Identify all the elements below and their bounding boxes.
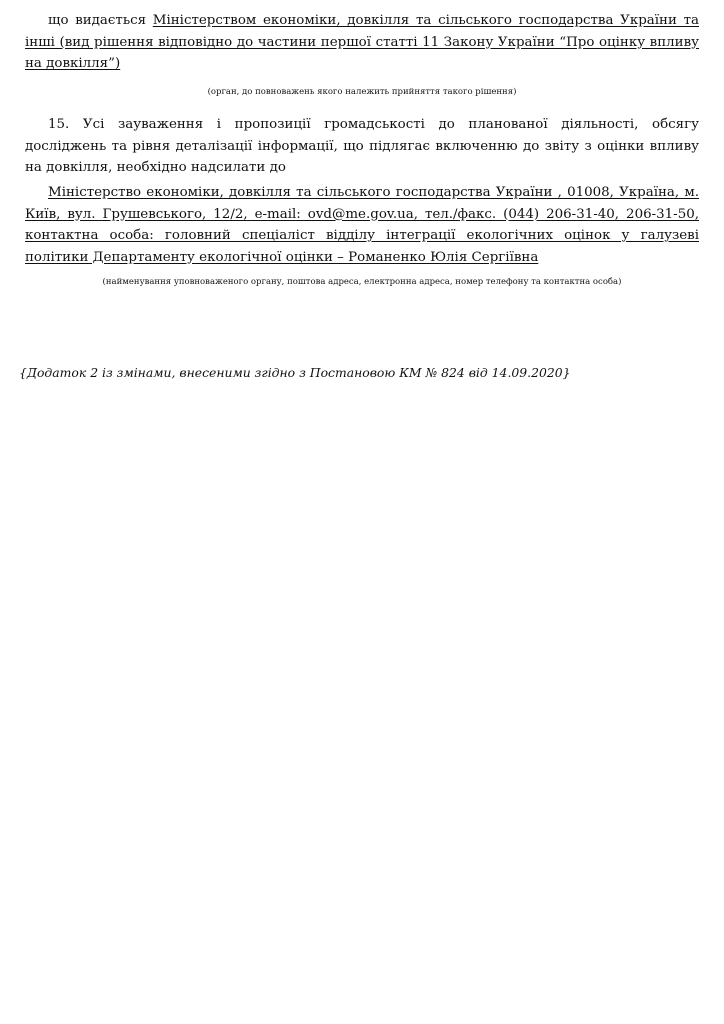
amendment-note: {Додаток 2 із змінами, внесеними згідно … bbox=[19, 365, 699, 380]
recipient-contact-paragraph: Міністерство економіки, довкілля та сіль… bbox=[25, 182, 699, 268]
section-15-paragraph: 15. Усі зауваження і пропозиції громадсь… bbox=[25, 114, 699, 179]
recipient-caption: (найменування уповноваженого органу, пош… bbox=[25, 276, 699, 288]
decision-authority-paragraph: що видається Міністерством економіки, до… bbox=[25, 10, 699, 75]
paragraph-prefix: що видається bbox=[48, 13, 153, 28]
authority-caption: (орган, до повноважень якого належить пр… bbox=[25, 86, 699, 98]
